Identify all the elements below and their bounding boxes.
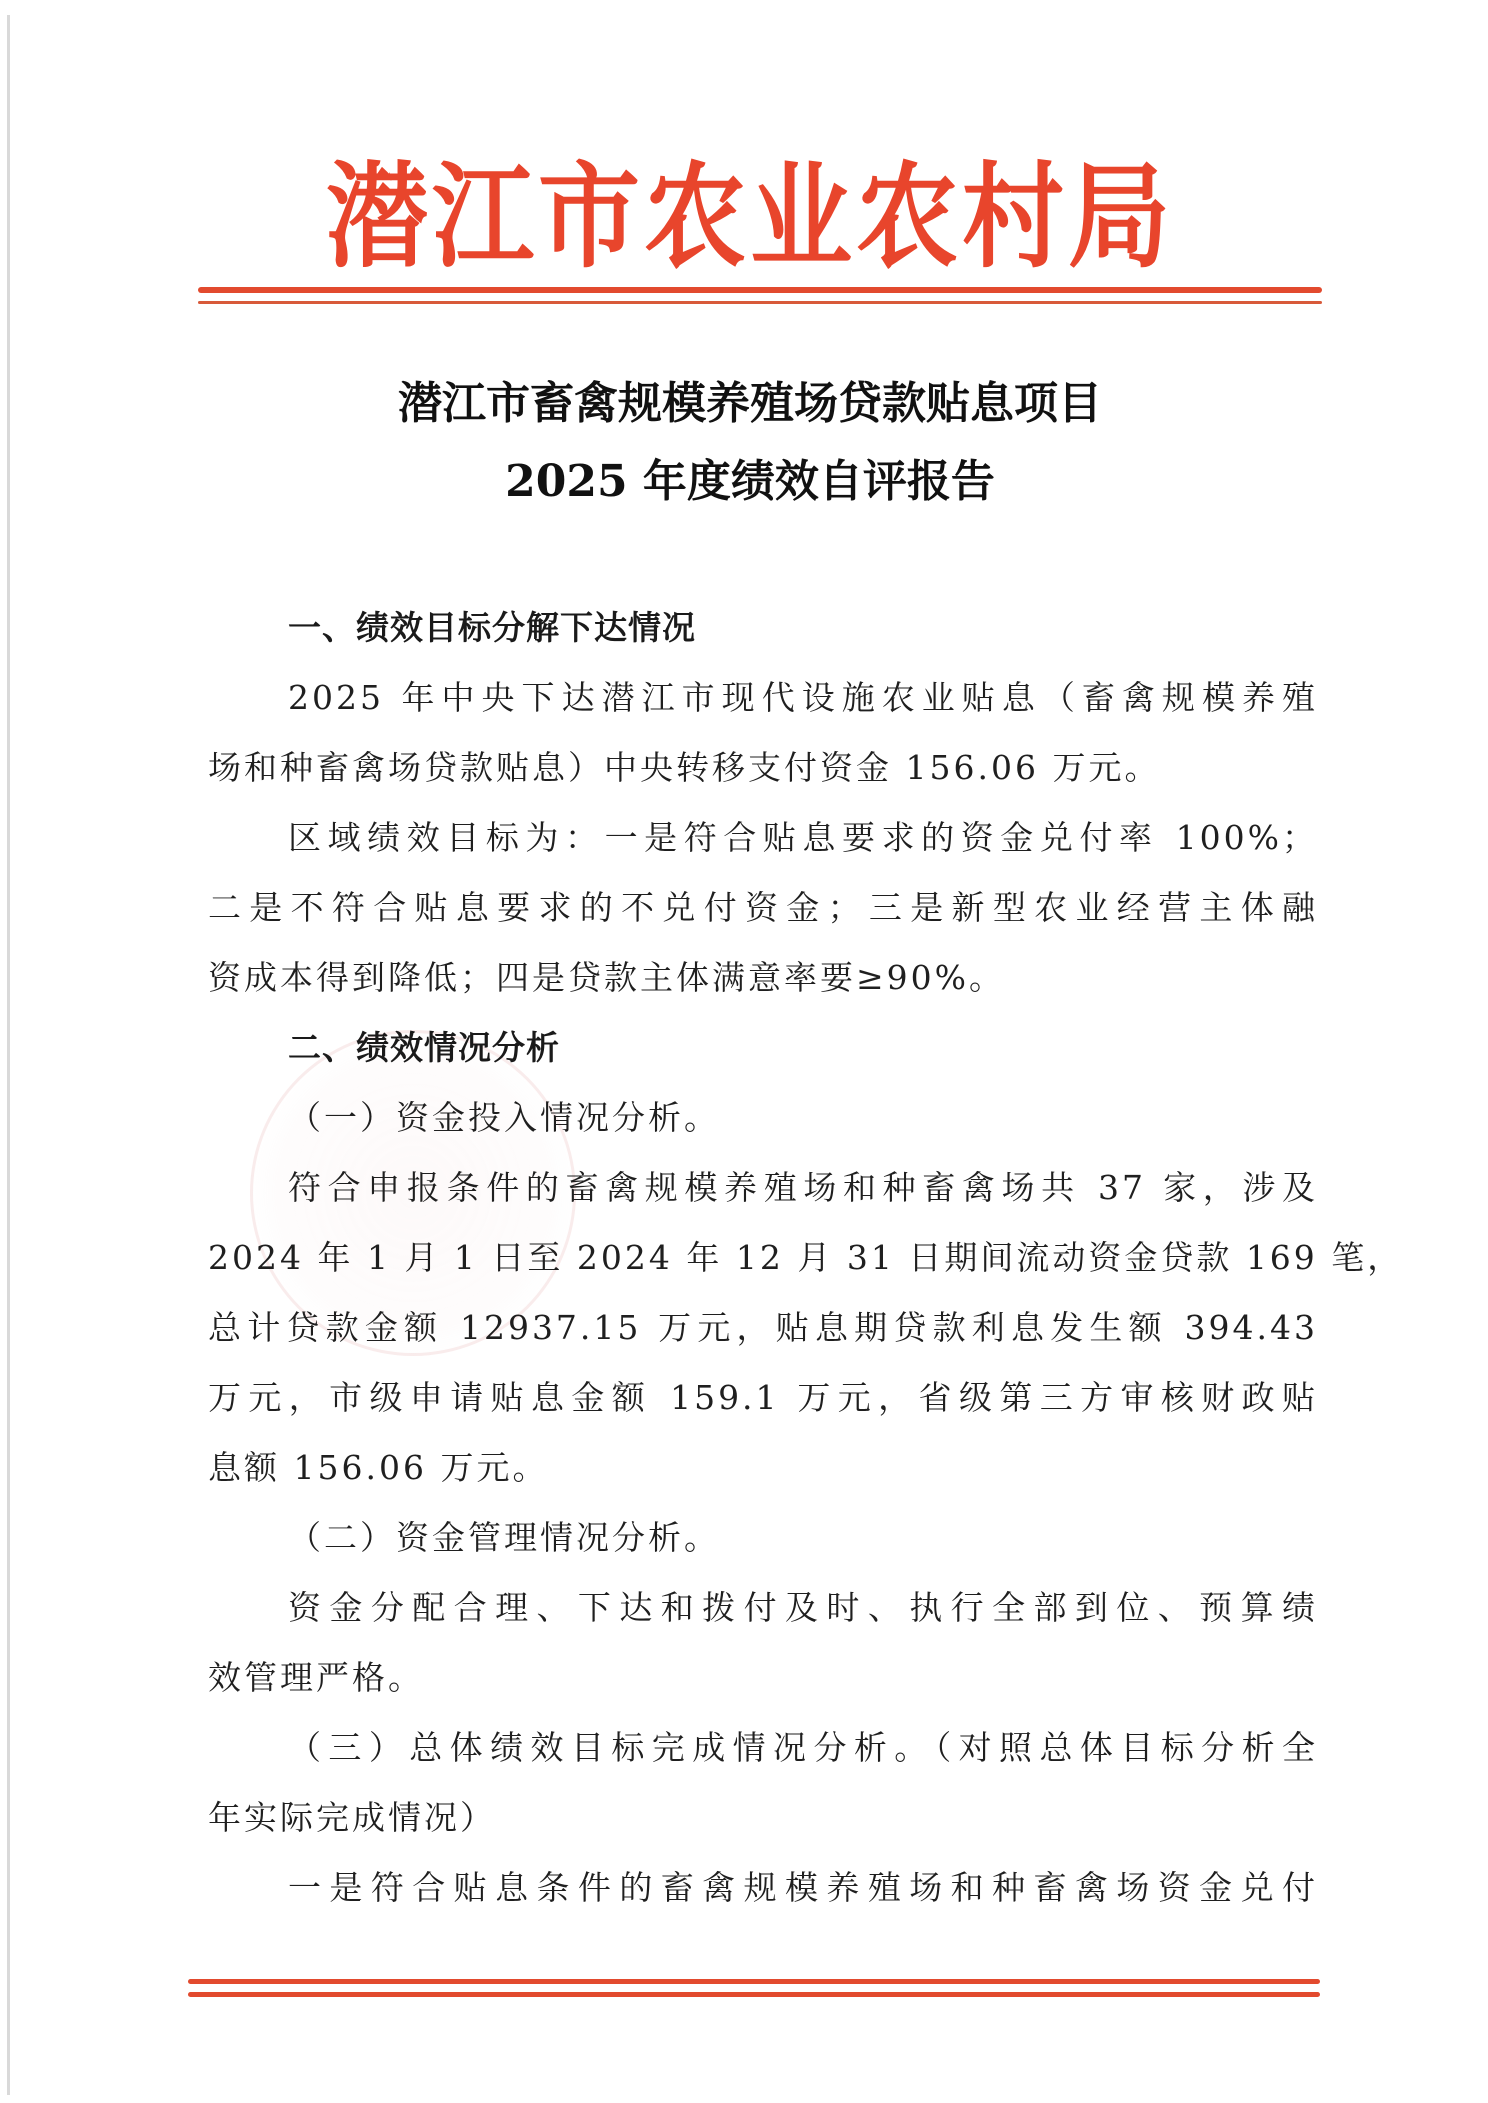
s2-sub3-heading-line-2: 年实际完成情况）	[208, 1794, 1318, 1842]
letterhead-rule-thin	[198, 301, 1322, 304]
s1-paragraph-2-line-3: 资成本得到降低；四是贷款主体满意率要≥90%。	[208, 954, 1318, 1002]
s2-sub1-line-5: 息额 156.06 万元。	[208, 1444, 1318, 1492]
letterhead-org-name: 潜江市农业农村局	[180, 150, 1320, 284]
s2-sub2-line-2: 效管理严格。	[208, 1654, 1318, 1702]
s1-paragraph-2-line-1: 区域绩效目标为：一是符合贴息要求的资金兑付率 100%；	[288, 814, 1318, 862]
section-1-heading: 一、绩效目标分解下达情况	[288, 604, 1318, 652]
section-2-heading: 二、绩效情况分析	[288, 1024, 1318, 1072]
footer-rule-2	[188, 1992, 1320, 1997]
footer-rule-1	[188, 1979, 1320, 1984]
document-title-line-2: 2025 年度绩效自评报告	[180, 452, 1320, 512]
s2-sub1-line-1: 符合申报条件的畜禽规模养殖场和种畜禽场共 37 家，涉及	[288, 1164, 1318, 1212]
s2-sub2-heading: （二）资金管理情况分析。	[288, 1514, 1318, 1562]
s2-sub1-line-3: 总计贷款金额 12937.15 万元，贴息期贷款利息发生额 394.43	[208, 1304, 1318, 1352]
s2-sub1-line-2: 2024 年 1 月 1 日至 2024 年 12 月 31 日期间流动资金贷款…	[208, 1234, 1318, 1282]
s2-sub1-line-4: 万元，市级申请贴息金额 159.1 万元，省级第三方审核财政贴	[208, 1374, 1318, 1422]
s2-sub3-heading-line-1: （三）总体绩效目标完成情况分析。（对照总体目标分析全	[288, 1724, 1318, 1772]
s2-sub3-line-1: 一是符合贴息条件的畜禽规模养殖场和种畜禽场资金兑付	[288, 1864, 1318, 1912]
s2-sub1-heading: （一）资金投入情况分析。	[288, 1094, 1318, 1142]
letterhead-rule-thick	[198, 287, 1322, 293]
s1-paragraph-2-line-2: 二是不符合贴息要求的不兑付资金；三是新型农业经营主体融	[208, 884, 1318, 932]
page-edge-line	[7, 15, 10, 2095]
s1-paragraph-1-line-2: 场和种畜禽场贷款贴息）中央转移支付资金 156.06 万元。	[208, 744, 1318, 792]
s1-paragraph-1-line-1: 2025 年中央下达潜江市现代设施农业贴息（畜禽规模养殖	[288, 674, 1318, 722]
s2-sub2-line-1: 资金分配合理、下达和拨付及时、执行全部到位、预算绩	[288, 1584, 1318, 1632]
document-title-line-1: 潜江市畜禽规模养殖场贷款贴息项目	[180, 374, 1320, 434]
